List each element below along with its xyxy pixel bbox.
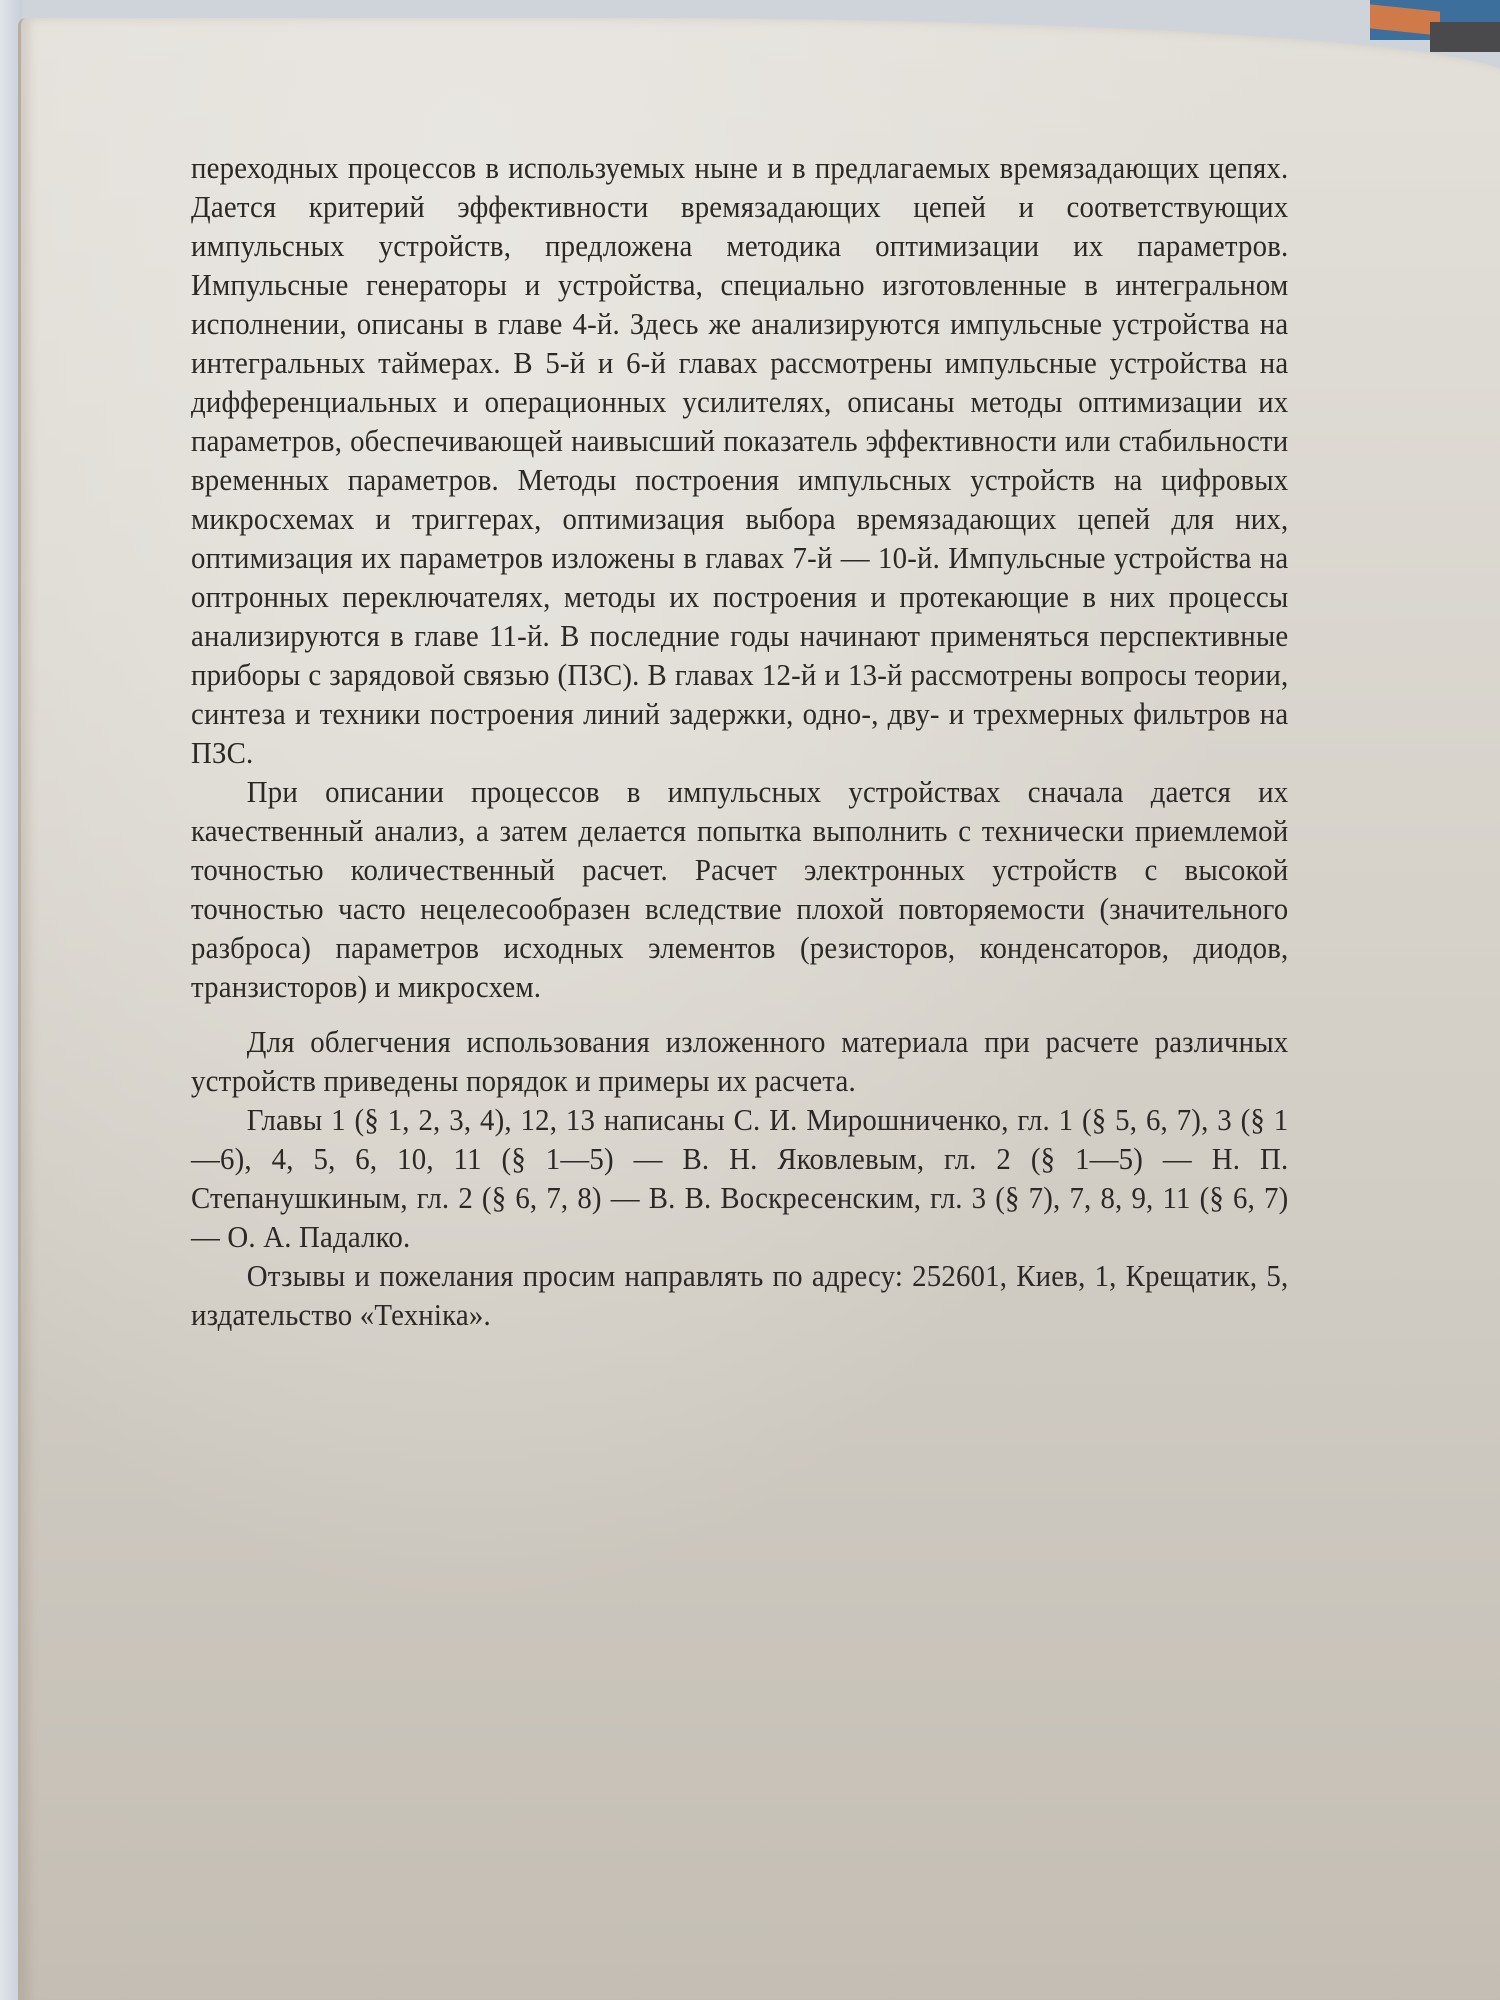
book-cover-corner xyxy=(1370,0,1500,40)
paragraph-authors: Главы 1 (§ 1, 2, 3, 4), 12, 13 написаны … xyxy=(191,1100,1288,1256)
paragraph-calculation-examples: Для облегчения использования изложенного… xyxy=(191,1022,1288,1100)
paragraph-analysis-approach: При описании процессов в импульсных устр… xyxy=(191,772,1288,1006)
cover-dark-edge xyxy=(1430,22,1500,52)
paragraph-feedback-address: Отзывы и пожелания просим направлять по … xyxy=(191,1256,1288,1334)
book-page: переходных процессов в используемых ныне… xyxy=(18,18,1500,2000)
page-text: переходных процессов в используемых ныне… xyxy=(191,148,1288,1334)
paragraph-chapters-overview: переходных процессов в используемых ныне… xyxy=(191,148,1288,772)
